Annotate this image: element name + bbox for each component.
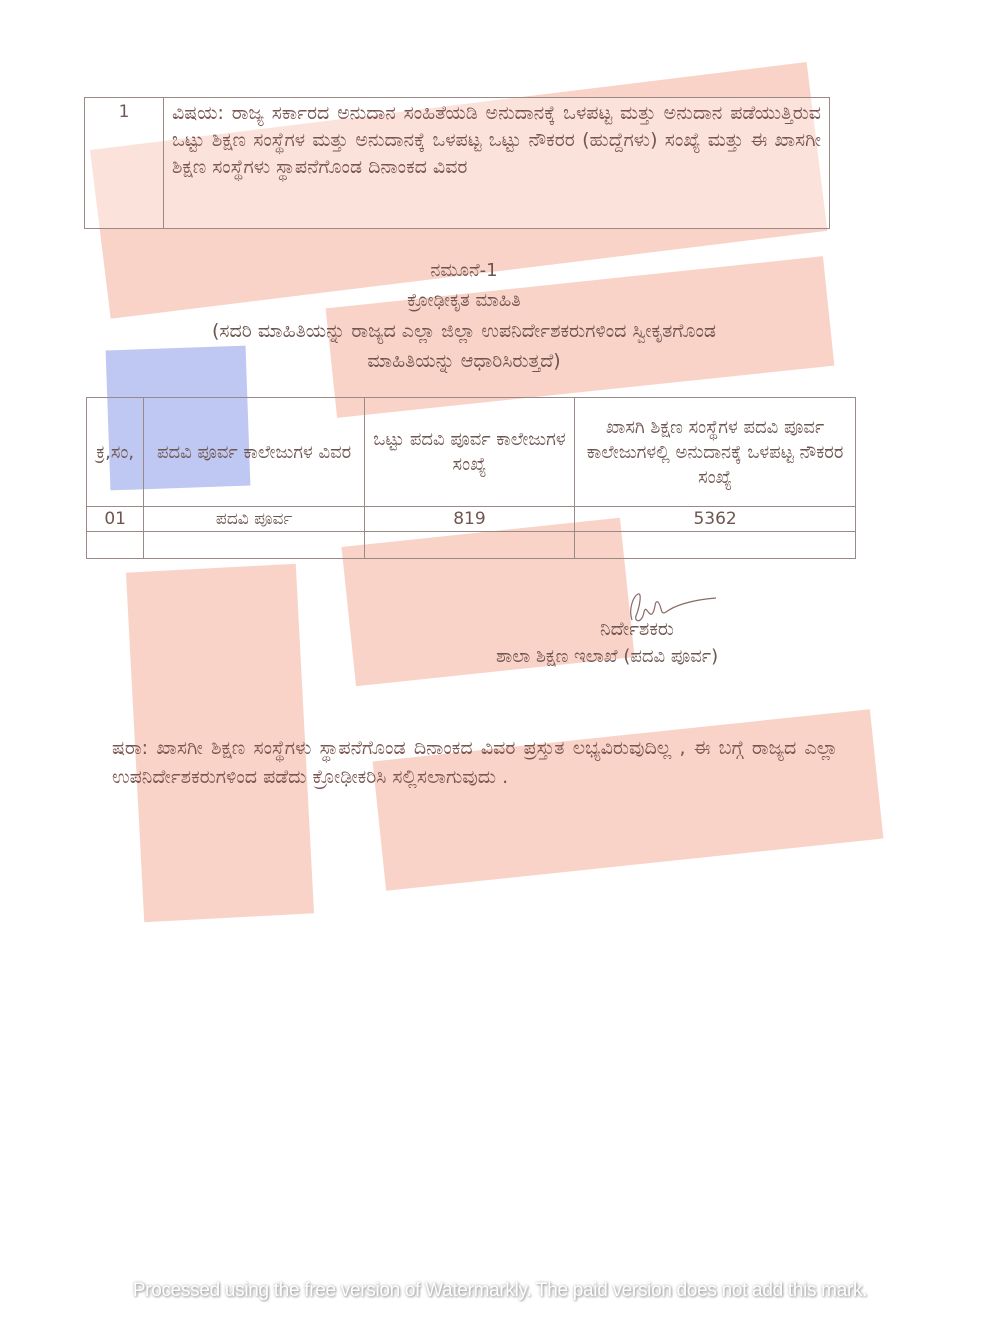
subject-number: 1 (85, 98, 164, 229)
source-note-line1: (ಸದರಿ ಮಾಹಿತಿಯನ್ನು ರಾಜ್ಯದ ಎಲ್ಲಾ ಜಿಲ್ಲಾ ಉಪ… (84, 320, 844, 342)
table-row (87, 532, 856, 559)
header-aided-staff: ಖಾಸಗಿ ಶಿಕ್ಷಣ ಸಂಸ್ಥೆಗಳ ಪದವಿ ಪೂರ್ವ ಕಾಲೇಜುಗ… (575, 398, 856, 507)
header-college-details: ಪದವಿ ಪೂರ್ವ ಕಾಲೇಜುಗಳ ವಿವರ (144, 398, 364, 507)
cell-aided-staff: 5362 (575, 507, 856, 532)
cell-total-colleges (364, 532, 574, 559)
signatory-department: ಶಾಲಾ ಶಿಕ್ಷಣ ಇಲಾಖೆ (ಪದವಿ ಪೂರ್ವ) (496, 646, 718, 667)
cell-college-details (144, 532, 364, 559)
header-total-colleges: ಒಟ್ಟು ಪದವಿ ಪೂರ್ವ ಕಾಲೇಜುಗಳ ಸಂಖ್ಯೆ (364, 398, 574, 507)
cell-serial: 01 (87, 507, 144, 532)
source-note-line2: ಮಾಹಿತಿಯನ್ನು ಆಧಾರಿಸಿರುತ್ತದೆ) (84, 350, 844, 372)
form-title: ಕ್ರೋಢೀಕೃತ ಮಾಹಿತಿ (84, 290, 844, 311)
colleges-table: ಕ್ರ,ಸಂ, ಪದವಿ ಪೂರ್ವ ಕಾಲೇಜುಗಳ ವಿವರ ಒಟ್ಟು ಪ… (86, 397, 856, 559)
header-serial: ಕ್ರ,ಸಂ, (87, 398, 144, 507)
signatory-title: ನಿರ್ದೇಶಕರು (600, 618, 674, 640)
form-number: ನಮೂನೆ-1 (84, 260, 844, 281)
table-header-row: ಕ್ರ,ಸಂ, ಪದವಿ ಪೂರ್ವ ಕಾಲೇಜುಗಳ ವಿವರ ಒಟ್ಟು ಪ… (87, 398, 856, 507)
cell-serial (87, 532, 144, 559)
cell-aided-staff (575, 532, 856, 559)
cell-college-details: ಪದವಿ ಪೂರ್ವ (144, 507, 364, 532)
subject-text: ವಿಷಯ: ರಾಜ್ಯ ಸರ್ಕಾರದ ಅನುದಾನ ಸಂಹಿತೆಯಡಿ ಅನು… (164, 98, 830, 229)
table-row: 01 ಪದವಿ ಪೂರ್ವ 819 5362 (87, 507, 856, 532)
remarks-note: ಷರಾ: ಖಾಸಗೀ ಶಿಕ್ಷಣ ಸಂಸ್ಥೆಗಳು ಸ್ಥಾಪನೆಗೊಂಡ … (112, 734, 838, 792)
document-page: 1 ವಿಷಯ: ರಾಜ್ಯ ಸರ್ಕಾರದ ಅನುದಾನ ಸಂಹಿತೆಯಡಿ ಅ… (0, 0, 1000, 1327)
cell-total-colleges: 819 (364, 507, 574, 532)
subject-box: 1 ವಿಷಯ: ರಾಜ್ಯ ಸರ್ಕಾರದ ಅನುದಾನ ಸಂಹಿತೆಯಡಿ ಅ… (84, 97, 830, 229)
watermark-text: Processed using the free version of Wate… (0, 1280, 1000, 1302)
